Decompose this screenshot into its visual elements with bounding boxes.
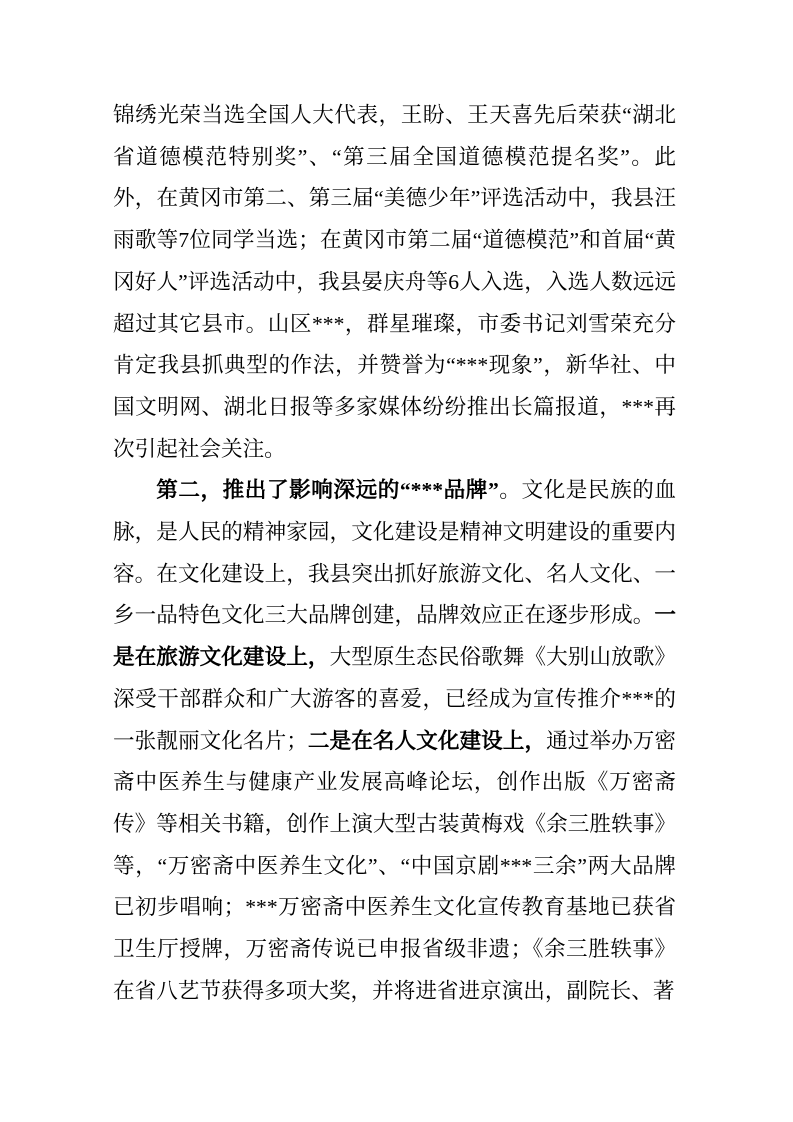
paragraph: 第二，推出了影响深远的“***品牌”。文化是民族的血脉，是人民的精神家园，文化建… bbox=[113, 470, 676, 1012]
text-run: 二是在名人文化建设上， bbox=[308, 729, 546, 753]
text-run: 锦绣光荣当选全国人大代表，王盼、王天喜先后荣获“湖北省道德模范特别奖”、“第三届… bbox=[113, 103, 676, 461]
paragraph: 锦绣光荣当选全国人大代表，王盼、王天喜先后荣获“湖北省道德模范特别奖”、“第三届… bbox=[113, 95, 676, 470]
text-run: 第二，推出了影响深远的“***品牌” bbox=[156, 478, 499, 502]
document-page: 锦绣光荣当选全国人大代表，王盼、王天喜先后荣获“湖北省道德模范特别奖”、“第三届… bbox=[0, 0, 793, 1122]
document-body: 锦绣光荣当选全国人大代表，王盼、王天喜先后荣获“湖北省道德模范特别奖”、“第三届… bbox=[113, 95, 676, 1012]
text-run: 通过举办万密斋中医养生与健康产业发展高峰论坛，创作出版《万密斋传》等相关书籍，创… bbox=[113, 729, 676, 1003]
